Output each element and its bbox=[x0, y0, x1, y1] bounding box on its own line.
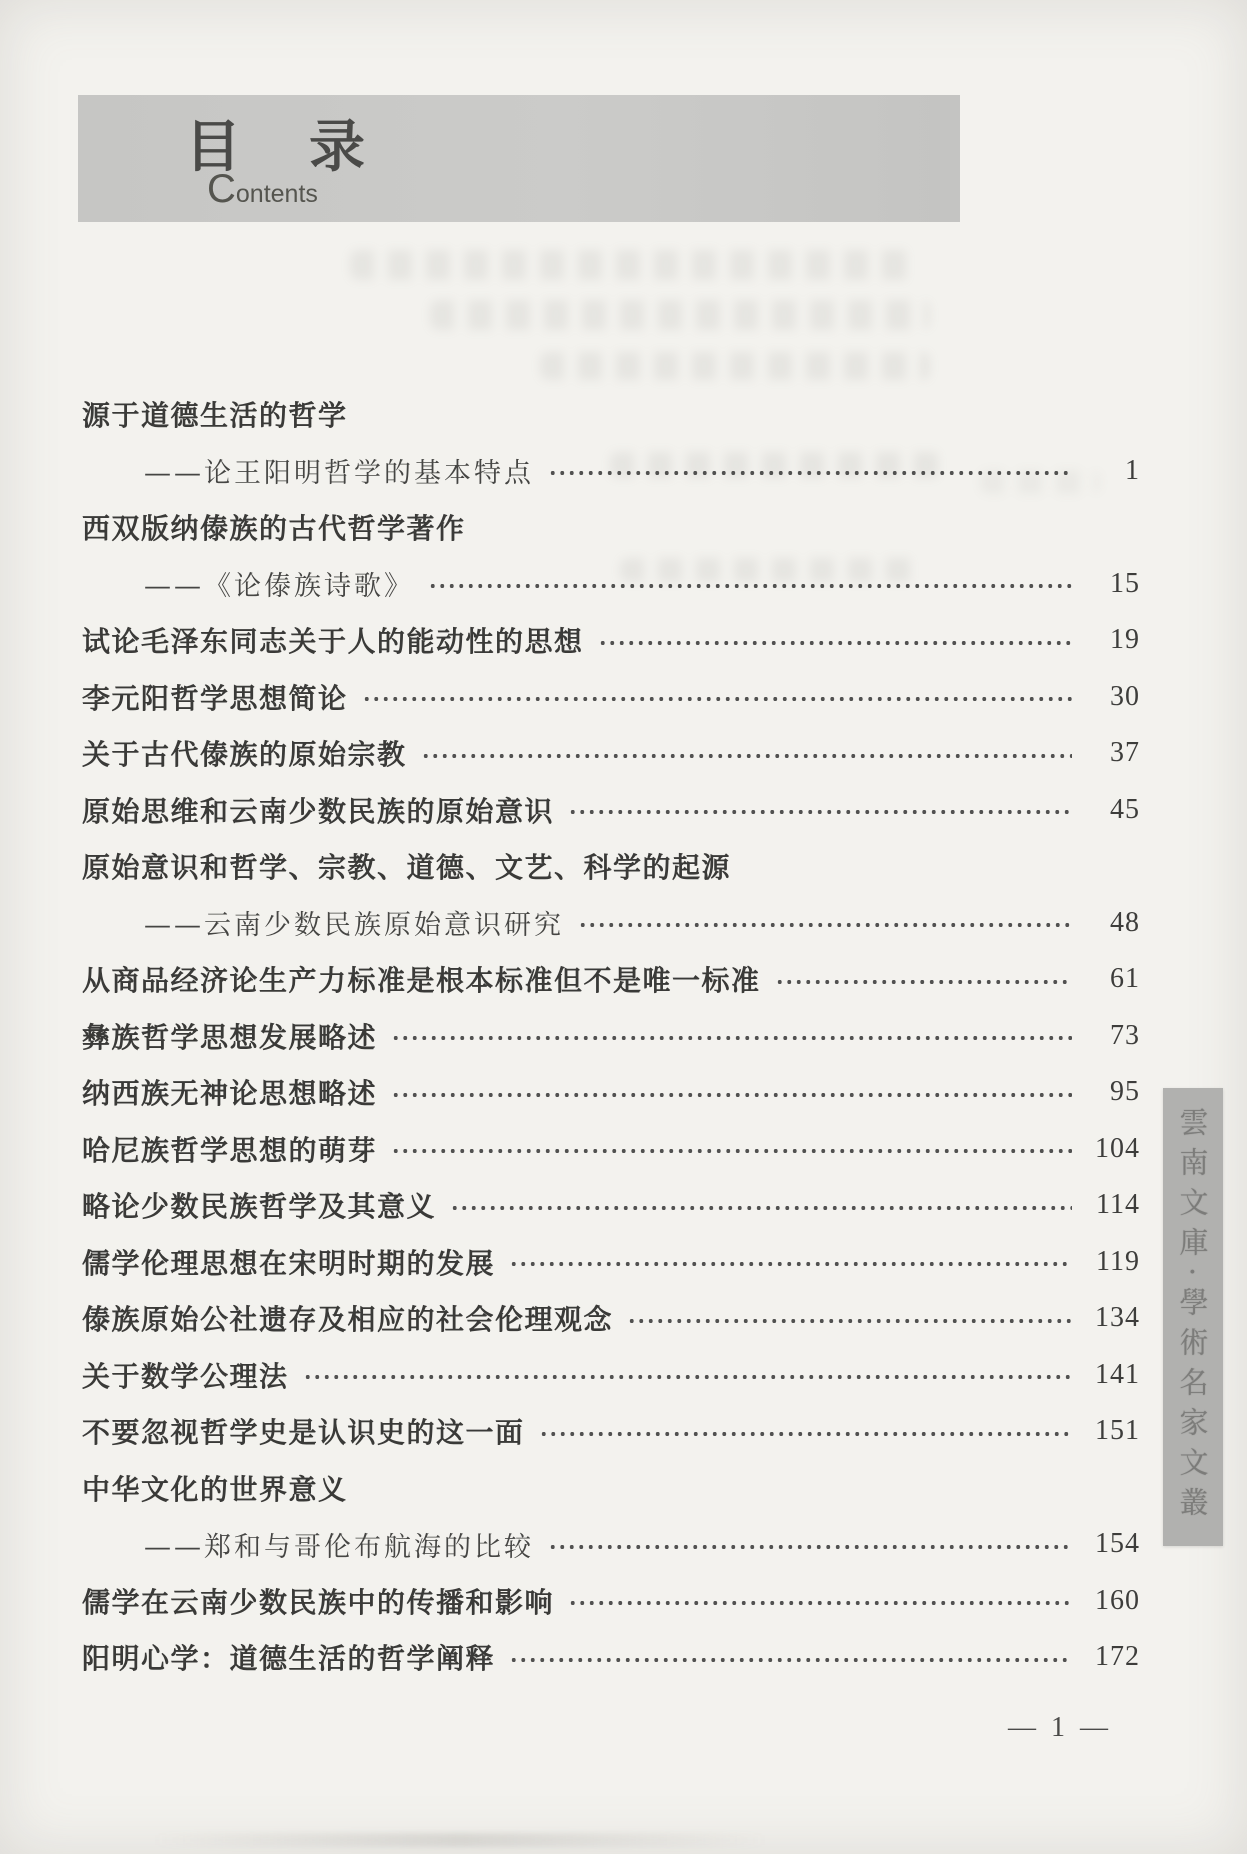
toc-title: 不要忽视哲学史是认识史的这一面 bbox=[82, 1411, 525, 1451]
dot-leader bbox=[421, 749, 1072, 761]
toc-page-number: 160 bbox=[1084, 1585, 1140, 1617]
toc-entry: 纳西族无神论思想略述 95 bbox=[82, 1064, 1140, 1121]
toc-entry: 李元阳哲学思想简论 30 bbox=[82, 669, 1140, 726]
dot-leader bbox=[391, 1088, 1072, 1100]
toc-page-number: 151 bbox=[1084, 1415, 1140, 1447]
toc-title: 傣族原始公社遗存及相应的社会伦理观念 bbox=[82, 1298, 613, 1338]
toc-title: 西双版纳傣族的古代哲学著作 bbox=[82, 507, 466, 547]
toc-entry-subtitle: ——郑和与哥伦布航海的比较 154 bbox=[82, 1516, 1140, 1573]
book-contents-page: 目 录 Contents 源于道德生活的哲学 ——论王阳明哲学的基本特点 1 西… bbox=[0, 0, 1247, 1854]
toc-entry-subtitle: ——论王阳明哲学的基本特点 1 bbox=[82, 443, 1140, 500]
dot-leader bbox=[568, 806, 1072, 818]
toc-entry: 关于数学公理法 141 bbox=[82, 1347, 1140, 1404]
toc-page-number: 1 bbox=[1084, 455, 1140, 487]
toc-page-number: 119 bbox=[1084, 1246, 1140, 1278]
toc-entry: 试论毛泽东同志关于人的能动性的思想 19 bbox=[82, 612, 1140, 669]
toc-entry-title: 原始意识和哲学、宗教、道德、文艺、科学的起源 bbox=[82, 838, 1140, 895]
toc-title: 彝族哲学思想发展略述 bbox=[82, 1016, 377, 1056]
toc-entry-title: 源于道德生活的哲学 bbox=[82, 386, 1140, 443]
dot-leader bbox=[578, 919, 1072, 931]
toc-title: 李元阳哲学思想简论 bbox=[82, 677, 348, 717]
toc-title: 中华文化的世界意义 bbox=[82, 1468, 348, 1508]
dot-leader bbox=[598, 636, 1072, 648]
toc-entry: 傣族原始公社遗存及相应的社会伦理观念 134 bbox=[82, 1290, 1140, 1347]
dot-leader bbox=[391, 1032, 1072, 1044]
dot-leader bbox=[775, 975, 1072, 987]
toc-title: 关于数学公理法 bbox=[82, 1355, 289, 1395]
toc-entry-title: 中华文化的世界意义 bbox=[82, 1460, 1140, 1517]
bleedthrough-artifact bbox=[540, 352, 930, 380]
toc-page-number: 141 bbox=[1084, 1359, 1140, 1391]
dot-leader bbox=[509, 1258, 1072, 1270]
dot-leader bbox=[391, 1145, 1072, 1157]
toc-page-number: 45 bbox=[1084, 794, 1140, 826]
toc-entry: 略论少数民族哲学及其意义 114 bbox=[82, 1177, 1140, 1234]
page-number-footer: — 1 — bbox=[1008, 1712, 1112, 1744]
toc-page-number: 114 bbox=[1084, 1189, 1140, 1221]
toc-title: 原始思维和云南少数民族的原始意识 bbox=[82, 790, 554, 830]
contents-header-band: 目 录 Contents bbox=[78, 95, 960, 222]
dot-leader bbox=[509, 1653, 1072, 1665]
toc-entry: 哈尼族哲学思想的萌芽 104 bbox=[82, 1121, 1140, 1178]
toc-subtitle: ——郑和与哥伦布航海的比较 bbox=[144, 1525, 534, 1564]
dot-leader bbox=[548, 467, 1072, 479]
toc-title: 从商品经济论生产力标准是根本标准但不是唯一标准 bbox=[82, 959, 761, 999]
dot-leader bbox=[568, 1597, 1072, 1609]
toc-page-number: 95 bbox=[1084, 1076, 1140, 1108]
toc-page-number: 15 bbox=[1084, 568, 1140, 600]
scan-edge-smudge bbox=[150, 1833, 770, 1847]
dot-leader bbox=[539, 1427, 1072, 1439]
toc-entry-title: 西双版纳傣族的古代哲学著作 bbox=[82, 499, 1140, 556]
series-banner: 雲南文庫·學術名家文叢 bbox=[1163, 1088, 1223, 1546]
toc-page-number: 48 bbox=[1084, 907, 1140, 939]
toc-page-number: 61 bbox=[1084, 963, 1140, 995]
toc-title: 原始意识和哲学、宗教、道德、文艺、科学的起源 bbox=[82, 846, 731, 886]
toc-page-number: 30 bbox=[1084, 681, 1140, 713]
toc-page-number: 172 bbox=[1084, 1641, 1140, 1673]
toc-entry: 从商品经济论生产力标准是根本标准但不是唯一标准 61 bbox=[82, 951, 1140, 1008]
toc-subtitle: ——《论傣族诗歌》 bbox=[144, 564, 414, 603]
toc-list: 源于道德生活的哲学 ——论王阳明哲学的基本特点 1 西双版纳傣族的古代哲学著作 … bbox=[82, 386, 1140, 1686]
toc-title: 源于道德生活的哲学 bbox=[82, 394, 348, 434]
toc-page-number: 73 bbox=[1084, 1020, 1140, 1052]
toc-entry: 儒学在云南少数民族中的传播和影响 160 bbox=[82, 1573, 1140, 1630]
toc-title: 哈尼族哲学思想的萌芽 bbox=[82, 1129, 377, 1169]
page-title-english: Contents bbox=[207, 167, 318, 212]
toc-title: 儒学伦理思想在宋明时期的发展 bbox=[82, 1242, 495, 1282]
toc-entry: 不要忽视哲学史是认识史的这一面 151 bbox=[82, 1403, 1140, 1460]
toc-title: 儒学在云南少数民族中的传播和影响 bbox=[82, 1581, 554, 1621]
dot-leader bbox=[627, 1314, 1072, 1326]
toc-title: 纳西族无神论思想略述 bbox=[82, 1072, 377, 1112]
toc-page-number: 104 bbox=[1084, 1133, 1140, 1165]
toc-page-number: 134 bbox=[1084, 1302, 1140, 1334]
dot-leader bbox=[303, 1371, 1072, 1383]
bleedthrough-artifact bbox=[430, 300, 930, 330]
toc-title: 试论毛泽东同志关于人的能动性的思想 bbox=[82, 620, 584, 660]
dot-leader bbox=[428, 580, 1072, 592]
toc-entry-subtitle: ——《论傣族诗歌》 15 bbox=[82, 556, 1140, 613]
series-banner-text: 雲南文庫·學術名家文叢 bbox=[1173, 1107, 1214, 1527]
toc-subtitle: ——论王阳明哲学的基本特点 bbox=[144, 451, 534, 490]
toc-page-number: 19 bbox=[1084, 624, 1140, 656]
dot-leader bbox=[450, 1201, 1072, 1213]
toc-entry: 阳明心学：道德生活的哲学阐释 172 bbox=[82, 1629, 1140, 1686]
bleedthrough-artifact bbox=[350, 250, 910, 280]
toc-entry-subtitle: ——云南少数民族原始意识研究 48 bbox=[82, 895, 1140, 952]
dot-leader bbox=[362, 693, 1072, 705]
toc-page-number: 154 bbox=[1084, 1528, 1140, 1560]
toc-entry: 儒学伦理思想在宋明时期的发展 119 bbox=[82, 1234, 1140, 1291]
toc-title: 关于古代傣族的原始宗教 bbox=[82, 733, 407, 773]
toc-entry: 原始思维和云南少数民族的原始意识 45 bbox=[82, 782, 1140, 839]
toc-page-number: 37 bbox=[1084, 737, 1140, 769]
toc-title: 阳明心学：道德生活的哲学阐释 bbox=[82, 1637, 495, 1677]
toc-entry: 关于古代傣族的原始宗教 37 bbox=[82, 725, 1140, 782]
toc-title: 略论少数民族哲学及其意义 bbox=[82, 1185, 436, 1225]
toc-entry: 彝族哲学思想发展略述 73 bbox=[82, 1008, 1140, 1065]
dot-leader bbox=[548, 1540, 1072, 1552]
toc-subtitle: ——云南少数民族原始意识研究 bbox=[144, 903, 564, 942]
